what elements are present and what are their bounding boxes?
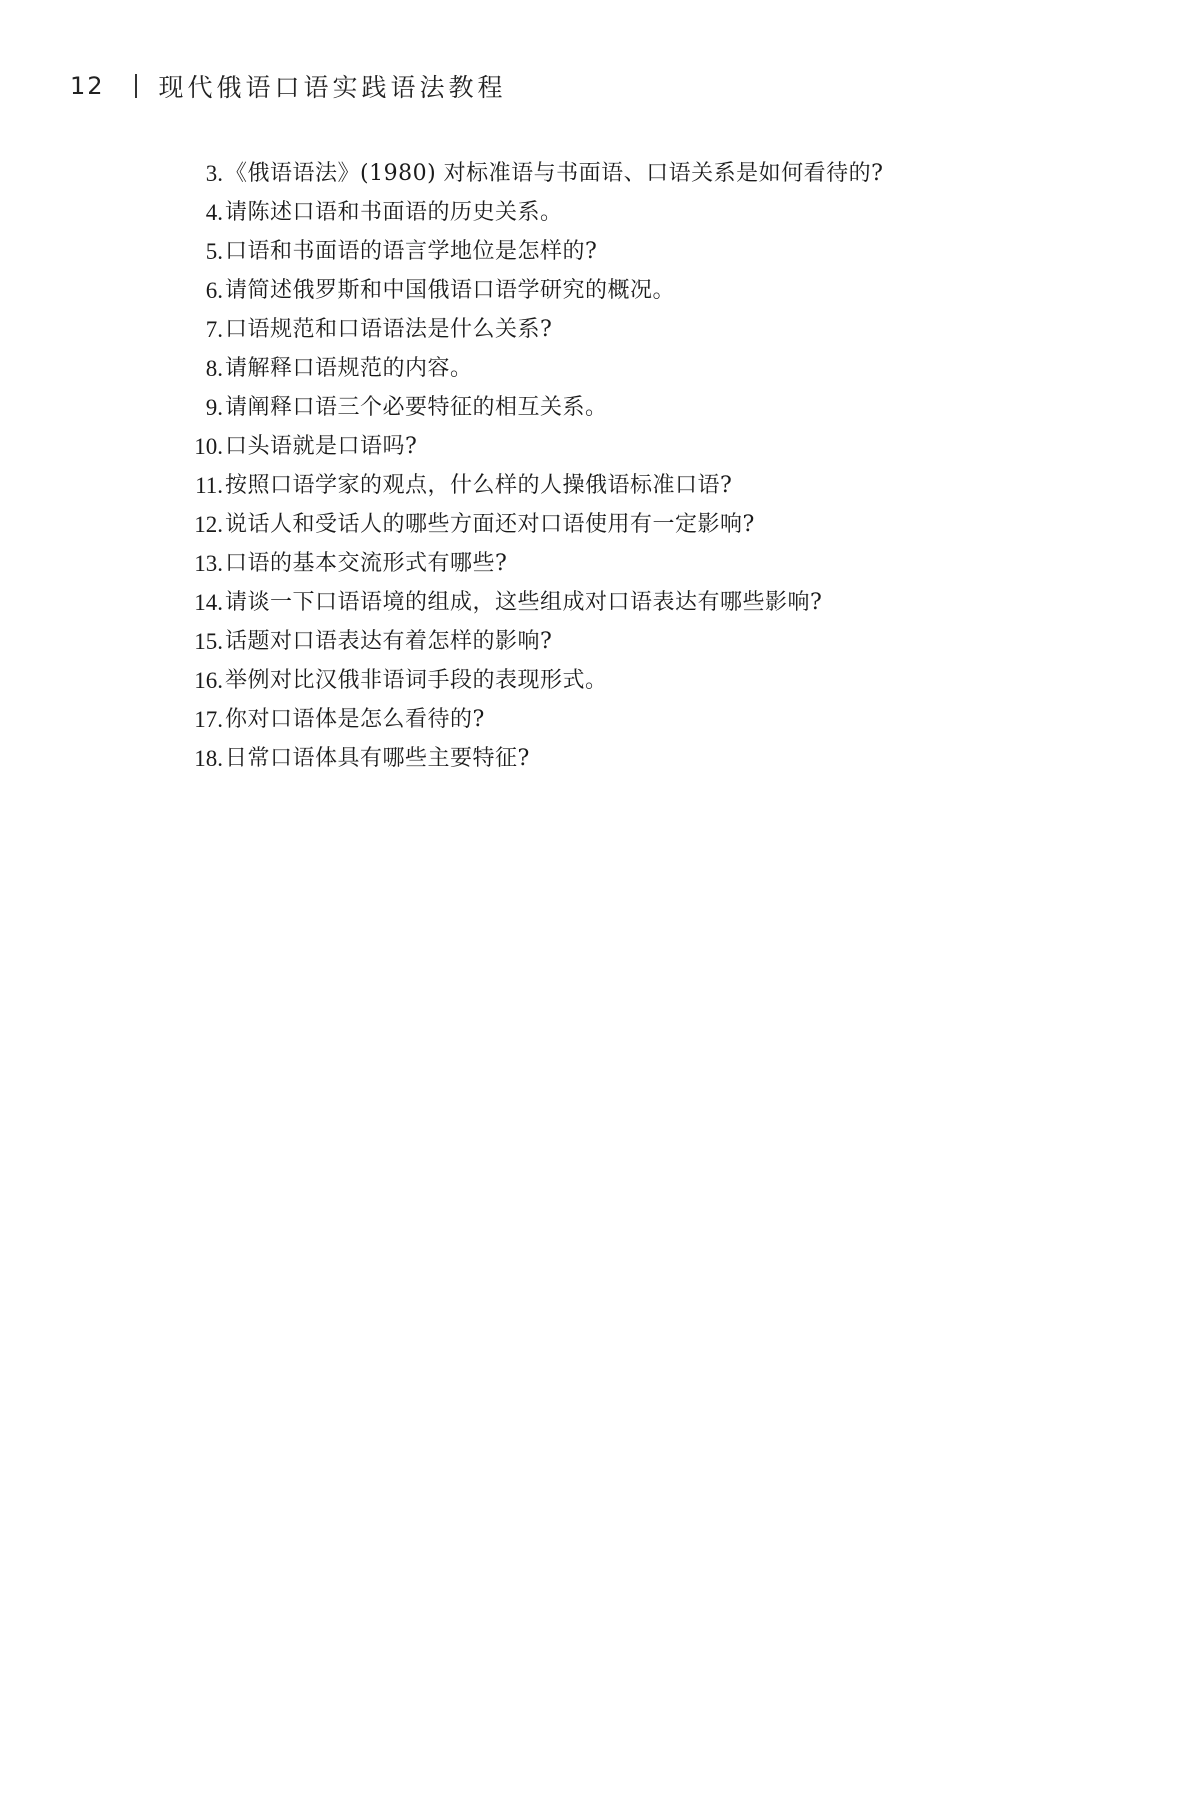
question-item: 6. 请简述俄罗斯和中国俄语口语学研究的概况。 (190, 271, 883, 310)
question-text: 口语和书面语的语言学地位是怎样的? (225, 232, 597, 271)
question-item: 11. 按照口语学家的观点，什么样的人操俄语标准口语? (190, 466, 883, 505)
question-number: 12. (190, 505, 223, 544)
question-text: 请解释口语规范的内容。 (225, 349, 473, 388)
question-number: 6. (190, 271, 223, 310)
question-text: 话题对口语表达有着怎样的影响? (225, 622, 552, 661)
question-item: 4. 请陈述口语和书面语的历史关系。 (190, 193, 883, 232)
question-item: 14. 请谈一下口语语境的组成，这些组成对口语表达有哪些影响? (190, 583, 883, 622)
question-number: 7. (190, 310, 223, 349)
question-item: 18. 日常口语体具有哪些主要特征? (190, 739, 883, 778)
question-text: 请简述俄罗斯和中国俄语口语学研究的概况。 (225, 271, 675, 310)
page-header: 12 现代俄语口语实践语法教程 (70, 66, 507, 106)
question-number: 17. (190, 700, 223, 739)
question-item: 17. 你对口语体是怎么看待的? (190, 700, 883, 739)
question-item: 3. 《俄语语法》(1980) 对标准语与书面语、口语关系是如何看待的? (190, 154, 883, 193)
question-text: 说话人和受话人的哪些方面还对口语使用有一定影响? (225, 505, 755, 544)
page-number: 12 (70, 72, 105, 100)
question-item: 15. 话题对口语表达有着怎样的影响? (190, 622, 883, 661)
question-number: 8. (190, 349, 223, 388)
question-text: 日常口语体具有哪些主要特征? (225, 739, 530, 778)
header-divider (135, 74, 137, 98)
question-item: 9. 请阐释口语三个必要特征的相互关系。 (190, 388, 883, 427)
question-text: 按照口语学家的观点，什么样的人操俄语标准口语? (225, 466, 732, 505)
question-number: 14. (190, 583, 223, 622)
question-text: 口头语就是口语吗? (225, 427, 417, 466)
question-item: 12. 说话人和受话人的哪些方面还对口语使用有一定影响? (190, 505, 883, 544)
question-number: 9. (190, 388, 223, 427)
question-item: 13. 口语的基本交流形式有哪些? (190, 544, 883, 583)
question-text: 请阐释口语三个必要特征的相互关系。 (225, 388, 608, 427)
question-item: 7. 口语规范和口语语法是什么关系? (190, 310, 883, 349)
question-number: 16. (190, 661, 223, 700)
question-text: 口语的基本交流形式有哪些? (225, 544, 507, 583)
question-number: 10. (190, 427, 223, 466)
question-number: 13. (190, 544, 223, 583)
question-number: 3. (190, 154, 223, 193)
question-text: 口语规范和口语语法是什么关系? (225, 310, 552, 349)
question-text: 《俄语语法》(1980) 对标准语与书面语、口语关系是如何看待的? (225, 154, 883, 193)
question-item: 10. 口头语就是口语吗? (190, 427, 883, 466)
question-number: 5. (190, 232, 223, 271)
question-text: 请谈一下口语语境的组成，这些组成对口语表达有哪些影响? (225, 583, 822, 622)
question-item: 16. 举例对比汉俄非语词手段的表现形式。 (190, 661, 883, 700)
question-number: 4. (190, 193, 223, 232)
book-title: 现代俄语口语实践语法教程 (159, 68, 507, 104)
question-number: 18. (190, 739, 223, 778)
question-number: 11. (190, 466, 223, 505)
question-list: 3. 《俄语语法》(1980) 对标准语与书面语、口语关系是如何看待的? 4. … (190, 154, 883, 778)
question-text: 你对口语体是怎么看待的? (225, 700, 485, 739)
question-item: 8. 请解释口语规范的内容。 (190, 349, 883, 388)
question-number: 15. (190, 622, 223, 661)
question-text: 请陈述口语和书面语的历史关系。 (225, 193, 563, 232)
question-text: 举例对比汉俄非语词手段的表现形式。 (225, 661, 608, 700)
question-item: 5. 口语和书面语的语言学地位是怎样的? (190, 232, 883, 271)
